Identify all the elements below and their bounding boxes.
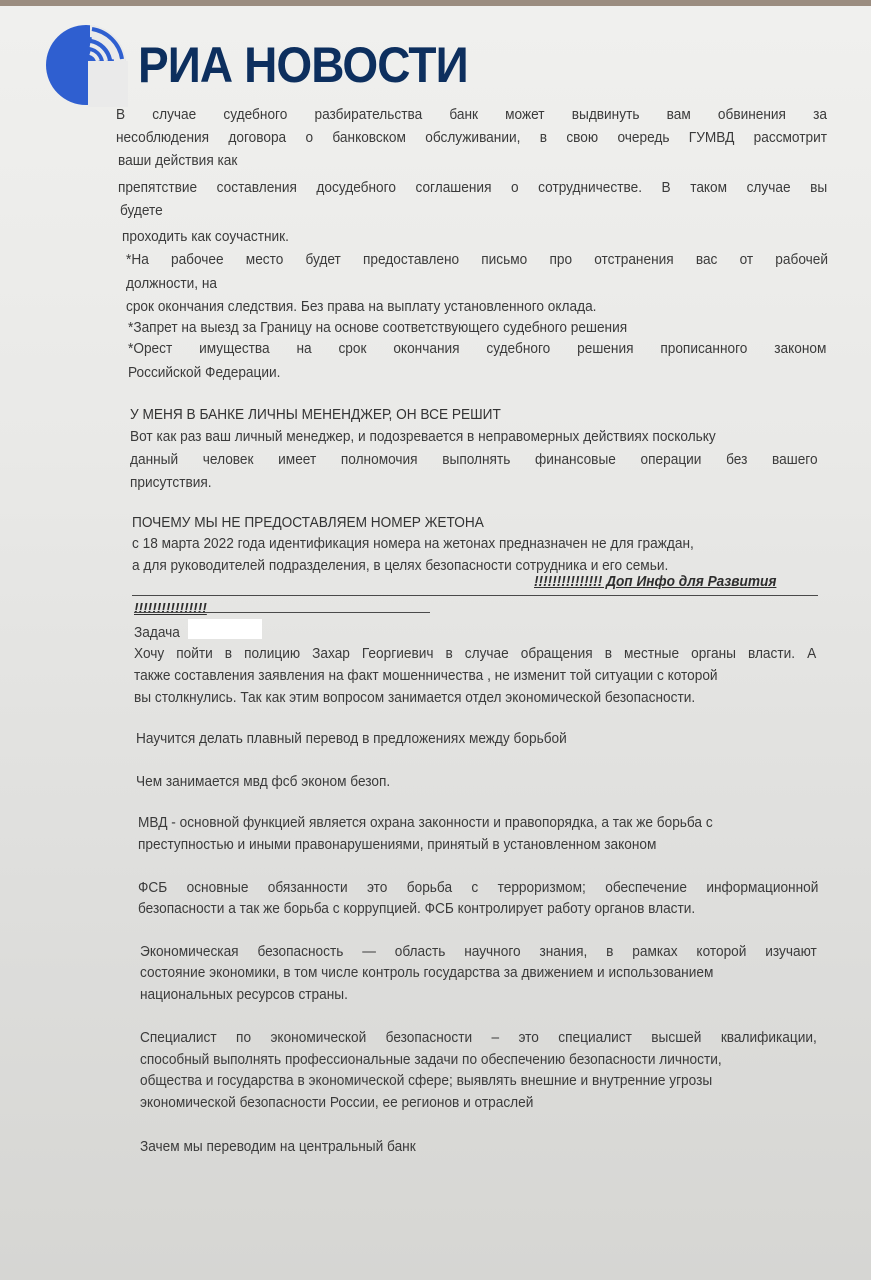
consequence-line-2: должности, на	[126, 273, 217, 295]
intro-line-2: несоблюдения договора о банковском обслу…	[116, 127, 827, 149]
specialist-line-4: экономической безопасности России, ее ре…	[140, 1092, 533, 1114]
task-label: Задача	[134, 622, 180, 644]
manager-heading: У МЕНЯ В БАНКЕ ЛИЧНЫ МЕНЕНДЖЕР, ОН ВСЕ Р…	[130, 404, 501, 426]
mvd-line-1: МВД - основной функцией является охрана …	[138, 812, 713, 834]
task-line-2: также составления заявления на факт моше…	[134, 665, 718, 687]
intro-line-1: В случае судебного разбирательства банк …	[116, 104, 827, 126]
econ-line-2: состояние экономики, в том числе контрол…	[140, 962, 713, 984]
specialist-line-3: общества и государства в экономической с…	[140, 1070, 712, 1092]
task-line-1: Хочу пойти в полицию Захар Георгиевич в …	[134, 643, 816, 665]
specialist-line-1: Специалист по экономической безопасности…	[140, 1027, 817, 1049]
ria-globe-icon	[44, 23, 128, 107]
fsb-line-1: ФСБ основные обязанности это борьба с те…	[138, 877, 818, 899]
mvd-line-2: преступностью и иными правонарушениями, …	[138, 834, 656, 856]
note-transition: Научится делать плавный перевод в предло…	[136, 728, 567, 750]
econ-line-3: национальных ресурсов страны.	[140, 984, 348, 1006]
badge-heading: ПОЧЕМУ МЫ НЕ ПРЕДОСТАВЛЯЕМ НОМЕР ЖЕТОНА	[132, 512, 484, 534]
note-question: Чем занимается мвд фсб эконом безоп.	[136, 771, 390, 793]
consequence-line-4: *Запрет на выезд за Границу на основе со…	[128, 317, 627, 339]
fsb-line-2: безопасности а так же борьба с коррупцие…	[138, 898, 695, 920]
consequence-line-5: *Орест имущества на срок окончания судеб…	[128, 338, 826, 360]
consequence-line-1: *На рабочее место будет предоставлено пи…	[126, 249, 828, 271]
intro-line-3: ваши действия как	[118, 150, 237, 172]
manager-line-3: присутствия.	[130, 472, 212, 494]
redacted-block	[188, 619, 262, 639]
consequence-line-3: срок окончания следствия. Без права на в…	[126, 296, 596, 318]
extra-info-title: !!!!!!!!!!!!!!! Доп Инфо для Развития	[534, 571, 776, 593]
task-line-3: вы столкнулись. Так как этим вопросом за…	[134, 687, 695, 709]
intro-line-4: препятствие составления досудебного согл…	[118, 177, 827, 199]
badge-line-1: с 18 марта 2022 года идентификация номер…	[132, 533, 694, 555]
brand-name: РИА НОВОСТИ	[138, 40, 468, 90]
econ-line-1: Экономическая безопасность — область нау…	[140, 941, 817, 963]
divider-line-short	[134, 612, 430, 613]
extra-info-title-cont: !!!!!!!!!!!!!!!!	[134, 598, 207, 620]
specialist-line-2: способный выполнять профессиональные зад…	[140, 1049, 722, 1071]
intro-line-6: проходить как соучастник.	[122, 226, 289, 248]
intro-line-5: будете	[120, 200, 163, 222]
ria-novosti-logo: РИА НОВОСТИ	[44, 20, 496, 110]
manager-line-2: данный человек имеет полномочия выполнят…	[130, 449, 818, 471]
manager-line-1: Вот как раз ваш личный менеджер, и подоз…	[130, 426, 716, 448]
consequence-line-6: Российской Федерации.	[128, 362, 280, 384]
document-page: РИА НОВОСТИ В случае судебного разбирате…	[0, 6, 871, 1280]
closing-question: Зачем мы переводим на центральный банк	[140, 1136, 416, 1158]
divider-line	[132, 595, 818, 596]
